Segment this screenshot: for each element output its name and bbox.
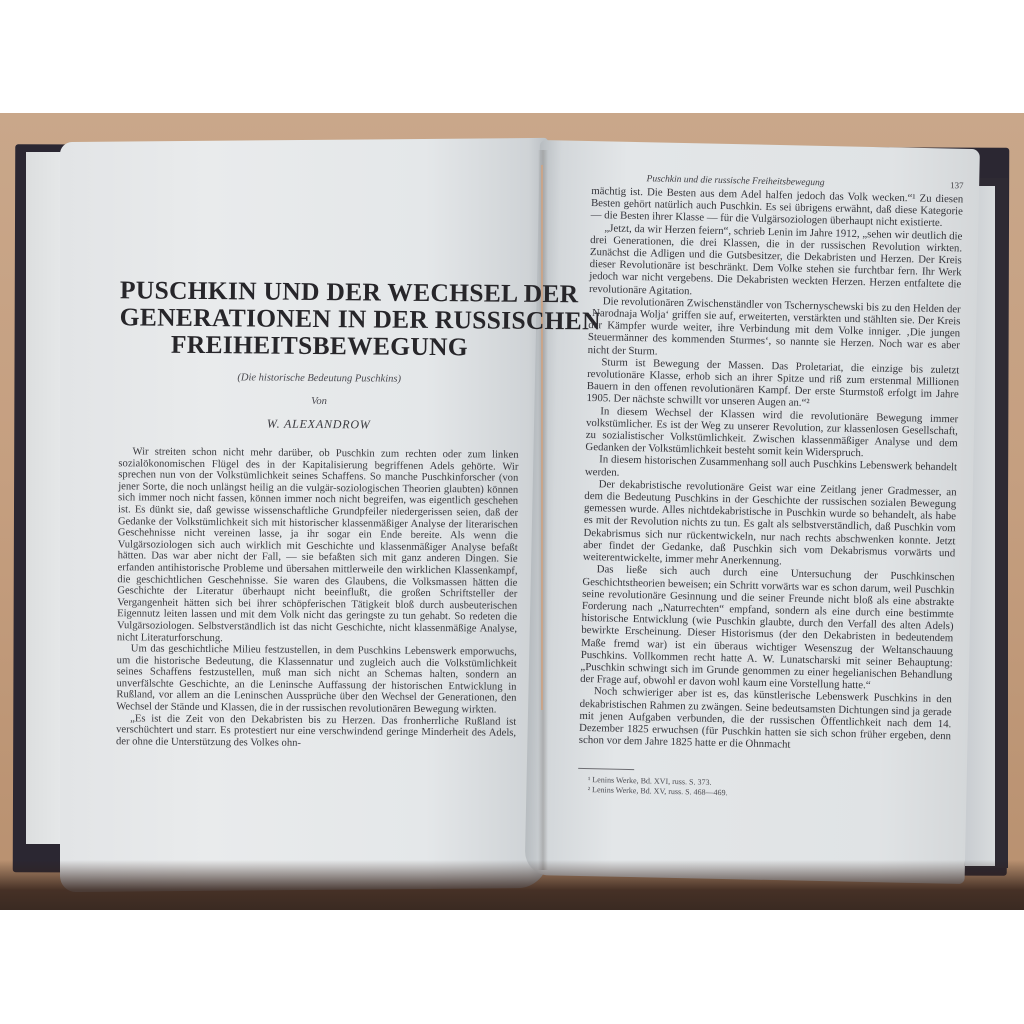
paragraph: Sturm ist Bewegung der Massen. Das Prole…: [586, 356, 959, 413]
paragraph: „Es ist die Zeit von den Dekabristen bis…: [116, 713, 516, 751]
right-page-content: Puschkin und die russische Freiheitsbewe…: [578, 160, 964, 804]
article-subtitle: (Die historische Bedeutung Puschkins): [119, 371, 519, 385]
paragraph: Der dekabristische revolutionäre Geist w…: [583, 478, 957, 572]
paragraph: „Jetzt, da wir Herzen feiern“, schrieb L…: [589, 222, 963, 304]
right-body-text: mächtig ist. Die Besten aus dem Adel hal…: [579, 185, 964, 755]
left-page-content: PUSCHKIN UND DER WECHSEL DER GENERATIONE…: [116, 276, 520, 751]
title-line: FREIHEITSBEWEGUNG: [119, 330, 519, 360]
paragraph: Noch schwieriger aber ist es, das künstl…: [579, 685, 952, 754]
paragraph: Das ließe sich auch durch eine Untersuch…: [580, 563, 955, 693]
footnote-divider: [578, 768, 634, 770]
paragraph: Wir streiten schon nicht mehr darüber, o…: [117, 446, 519, 647]
binding-thread: [541, 165, 543, 710]
byline-prefix: Von: [119, 394, 519, 408]
article-title: PUSCHKIN UND DER WECHSEL DER GENERATIONE…: [119, 276, 520, 360]
book-gutter: [538, 150, 548, 870]
paragraph: In diesem Wechsel der Klassen wird die r…: [585, 405, 958, 462]
article-author: W. ALEXANDROW: [119, 415, 519, 433]
left-body-text: Wir streiten schon nicht mehr darüber, o…: [116, 446, 519, 751]
paragraph: Die revolutionären Zwischenständler von …: [588, 295, 961, 364]
paragraph: Um das geschichtliche Milieu festzustell…: [116, 643, 517, 716]
desk-shadow: [0, 860, 1024, 910]
page-number: 137: [950, 180, 964, 190]
